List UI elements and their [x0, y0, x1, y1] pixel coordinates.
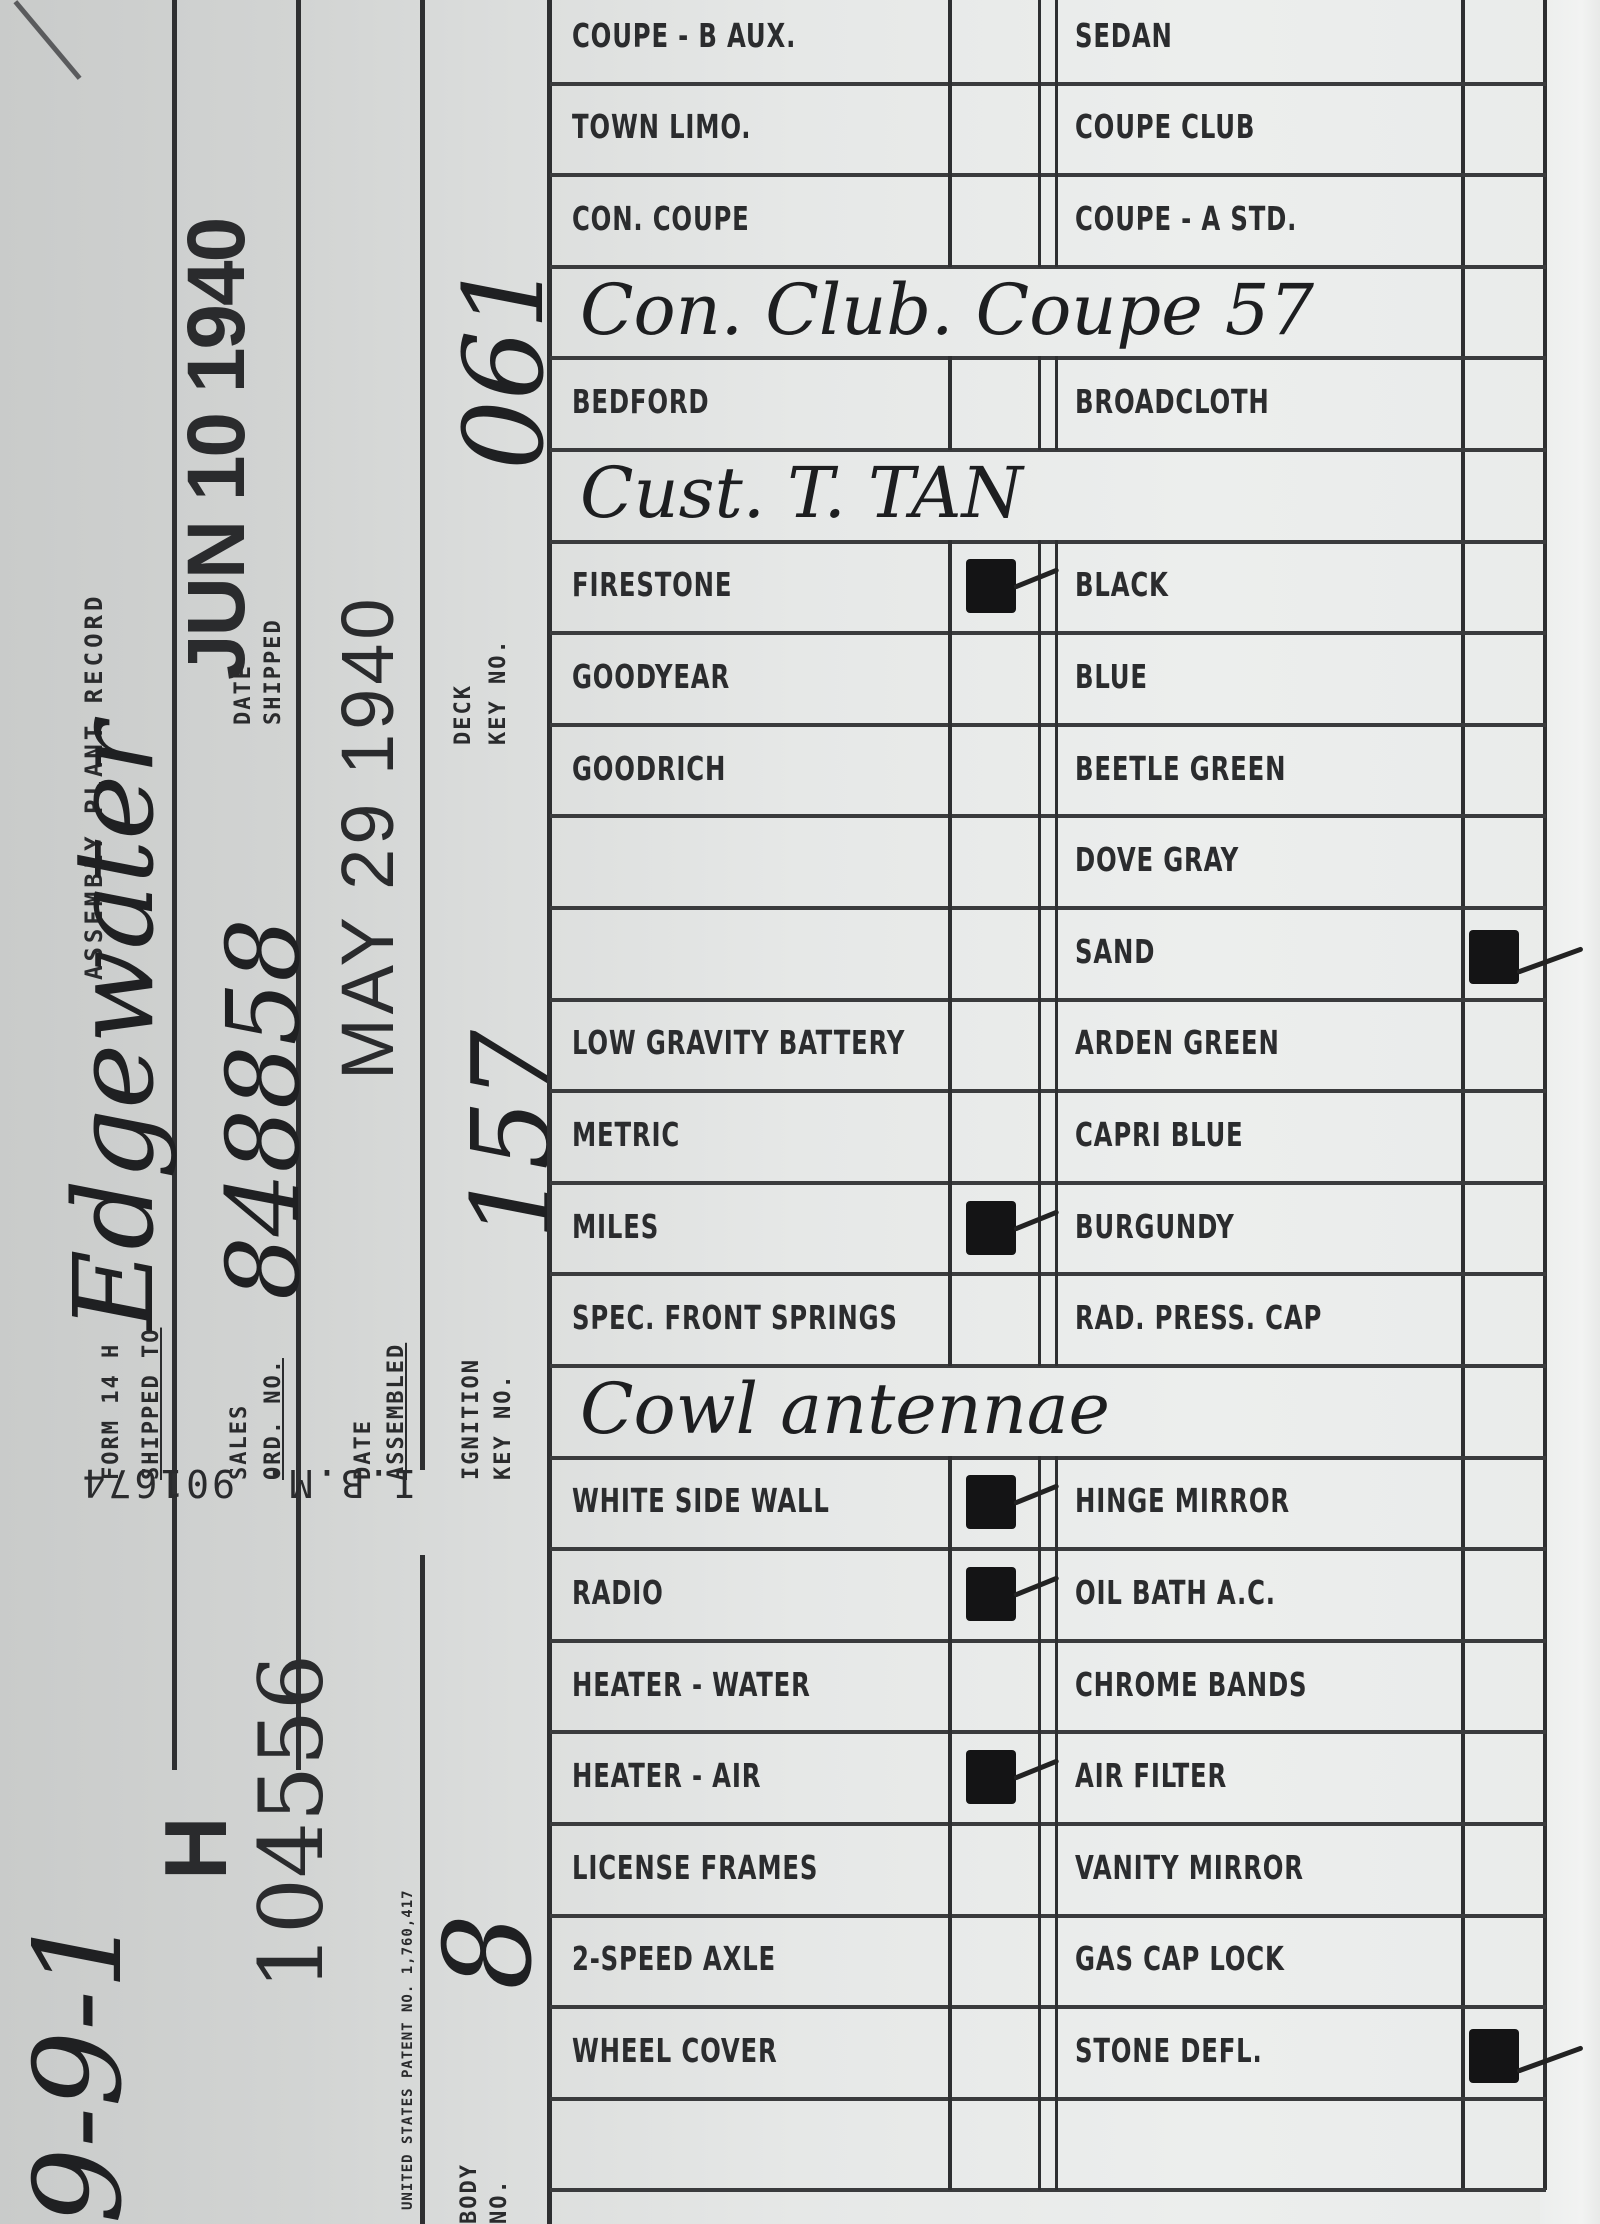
ignition-key-label-2: KEY NO.	[492, 1373, 516, 1480]
option-right-label: STONE DEFL.	[1075, 2031, 1263, 2070]
option-left-label: HEATER - AIR	[572, 1756, 761, 1795]
double-rule-a	[1038, 631, 1041, 725]
shipped-to-value: Edgewater	[50, 722, 178, 1330]
double-rule-b	[1055, 1272, 1058, 1366]
option-right-label: BLUE	[1075, 657, 1148, 696]
rule-date-assembled	[420, 0, 425, 1470]
option-right-checkbox[interactable]	[1465, 544, 1543, 630]
body-no-label-2: NO.	[488, 2178, 512, 2224]
ignition-key-label-1: IGNITION	[460, 1358, 484, 1480]
double-rule-b	[1055, 82, 1058, 176]
double-rule-a	[1038, 2097, 1041, 2191]
double-rule-a	[1038, 0, 1041, 84]
option-right-checkbox[interactable]	[1465, 2101, 1543, 2187]
patent-text: UNITED STATES PATENT NO. 1,760,417	[400, 1889, 416, 2210]
option-left-label: LOW GRAVITY BATTERY	[572, 1023, 905, 1062]
double-rule-a	[1038, 1089, 1041, 1183]
double-rule-a	[1038, 1822, 1041, 1916]
option-left-label: COUPE - B AUX.	[572, 16, 796, 55]
double-rule-b	[1055, 1639, 1058, 1733]
card-edge	[1540, 0, 1600, 2224]
option-right-checkbox[interactable]	[1465, 1460, 1543, 1546]
option-left-checkbox[interactable]	[952, 910, 1038, 996]
option-right-checkbox[interactable]	[1465, 1643, 1543, 1729]
option-left-label: HEATER - WATER	[572, 1665, 811, 1704]
check-mark-icon	[966, 1475, 1016, 1529]
option-left-checkbox[interactable]	[952, 1002, 1038, 1088]
option-right-checkbox[interactable]	[1465, 1276, 1543, 1362]
double-rule-b	[1055, 906, 1058, 1000]
double-rule-b	[1055, 173, 1058, 267]
margin-note: 9-9-1	[10, 1914, 149, 2224]
date-assembled-label-2: ASSEMBLED	[385, 1343, 409, 1480]
check-mark-icon	[966, 1567, 1016, 1621]
check-mark-icon	[1469, 2029, 1519, 2083]
sales-ord-value: 848858	[205, 918, 322, 1300]
option-right-checkbox[interactable]	[1465, 1185, 1543, 1271]
row-divider	[550, 1639, 1546, 1643]
table-right-rule	[1543, 0, 1547, 2190]
row-divider	[550, 1822, 1546, 1826]
double-rule-a	[1038, 1456, 1041, 1550]
ibm-number: I.B.M. 901674	[80, 1471, 416, 1495]
option-left-label: 2-SPEED AXLE	[572, 1939, 776, 1978]
option-right-checkbox[interactable]	[1465, 1093, 1543, 1179]
check-mark-icon	[966, 1750, 1016, 1804]
option-left-checkbox[interactable]	[952, 818, 1038, 904]
option-right-label: HINGE MIRROR	[1075, 1481, 1290, 1520]
row-divider	[550, 1456, 1546, 1460]
serial-number: 104556	[240, 1654, 343, 1990]
option-right-label: ARDEN GREEN	[1075, 1023, 1280, 1062]
option-right-label: SAND	[1075, 932, 1155, 971]
double-rule-b	[1055, 2097, 1058, 2191]
double-rule-a	[1038, 2005, 1041, 2099]
row-divider	[550, 1914, 1546, 1918]
double-rule-a	[1038, 1914, 1041, 2008]
option-right-label: CAPRI BLUE	[1075, 1115, 1244, 1154]
option-right-label: BURGUNDY	[1075, 1207, 1235, 1246]
option-right-label: VANITY MIRROR	[1075, 1848, 1304, 1887]
double-rule-b	[1055, 1914, 1058, 2008]
double-rule-a	[1038, 723, 1041, 817]
option-left-label: SPEC. FRONT SPRINGS	[572, 1298, 898, 1337]
option-right-checkbox[interactable]	[1465, 1918, 1543, 2004]
double-rule-a	[1038, 1272, 1041, 1366]
option-left-checkbox[interactable]	[952, 1093, 1038, 1179]
option-right-label: RAD. PRESS. CAP	[1075, 1298, 1322, 1337]
double-rule-a	[1038, 540, 1041, 634]
form-label: FORM 14 H	[100, 1343, 124, 1480]
option-left-checkbox[interactable]	[952, 1643, 1038, 1729]
option-left-label: GOODYEAR	[572, 657, 730, 696]
row-divider	[550, 1181, 1546, 1185]
option-left-checkbox[interactable]	[952, 0, 1038, 80]
double-rule-b	[1055, 631, 1058, 725]
double-rule-b	[1055, 998, 1058, 1092]
option-right-label: AIR FILTER	[1075, 1756, 1227, 1795]
double-rule-b	[1055, 814, 1058, 908]
option-right-label: OIL BATH A.C.	[1075, 1573, 1276, 1612]
option-left-label: CON. COUPE	[572, 199, 750, 238]
double-rule-b	[1055, 1822, 1058, 1916]
option-right-checkbox[interactable]	[1465, 86, 1543, 172]
option-right-label: BEETLE GREEN	[1075, 749, 1286, 788]
double-rule-b	[1055, 0, 1058, 84]
row-divider	[550, 998, 1546, 1002]
option-right-label: DOVE GRAY	[1075, 840, 1239, 879]
serial-prefix: H	[145, 1816, 247, 1880]
option-left-checkbox[interactable]	[952, 727, 1038, 813]
option-left-label: BEDFORD	[572, 382, 709, 421]
double-rule-b	[1055, 1089, 1058, 1183]
date-shipped-value: JUN 10 1940	[170, 219, 264, 680]
body-no-value: 8	[420, 1914, 559, 1990]
row-divider	[550, 2188, 1546, 2192]
shipped-to-label: SHIPPED TO	[140, 1328, 164, 1480]
table-left-rule	[547, 0, 552, 2224]
row-divider	[550, 1547, 1546, 1551]
deck-key-label-2: KEY NO.	[487, 638, 511, 745]
double-rule-a	[1038, 1730, 1041, 1824]
option-right-checkbox[interactable]	[1465, 1002, 1543, 1088]
option-right-checkbox[interactable]	[1465, 177, 1543, 263]
double-rule-b	[1055, 2005, 1058, 2099]
row-divider	[550, 1089, 1546, 1093]
option-right-label: SEDAN	[1075, 16, 1173, 55]
option-right-checkbox[interactable]	[1465, 727, 1543, 813]
double-rule-b	[1055, 1456, 1058, 1550]
option-left-label: LICENSE FRAMES	[572, 1848, 818, 1887]
double-rule-a	[1038, 814, 1041, 908]
option-left-label: WHITE SIDE WALL	[572, 1481, 830, 1520]
handwritten-entry: Cowl antennae	[580, 1368, 1110, 1450]
option-left-label: FIRESTONE	[572, 565, 732, 604]
double-rule-a	[1038, 356, 1041, 450]
row-divider	[550, 723, 1546, 727]
row-divider	[550, 631, 1546, 635]
double-rule-a	[1038, 1181, 1041, 1275]
double-rule-b	[1055, 1730, 1058, 1824]
double-rule-a	[1038, 173, 1041, 267]
row-divider	[550, 2005, 1546, 2009]
option-right-checkbox[interactable]	[1465, 1551, 1543, 1637]
option-left-checkbox[interactable]	[952, 1918, 1038, 2004]
row-divider	[550, 356, 1546, 360]
option-right-checkbox[interactable]	[1465, 635, 1543, 721]
double-rule-b	[1055, 540, 1058, 634]
option-right-label: GAS CAP LOCK	[1075, 1939, 1285, 1978]
option-left-checkbox[interactable]	[952, 177, 1038, 263]
row-divider	[550, 82, 1546, 86]
option-left-checkbox[interactable]	[952, 2009, 1038, 2095]
option-right-checkbox[interactable]	[1465, 1734, 1543, 1820]
option-left-checkbox[interactable]	[952, 2101, 1038, 2187]
handwritten-entry: Con. Club. Coupe 57	[580, 269, 1314, 351]
row-divider	[550, 1730, 1546, 1734]
option-right-label: BROADCLOTH	[1075, 382, 1270, 421]
option-right-label: BLACK	[1075, 565, 1169, 604]
option-right-checkbox[interactable]	[1465, 818, 1543, 904]
double-rule-b	[1055, 356, 1058, 450]
row-divider	[550, 540, 1546, 544]
check-mark-icon	[966, 1201, 1016, 1255]
row-divider	[550, 173, 1546, 177]
option-right-checkbox[interactable]	[1465, 1826, 1543, 1912]
check-mark-icon	[1469, 930, 1519, 984]
deck-key-label-1: DECK	[452, 684, 476, 745]
option-left-label: METRIC	[572, 1115, 680, 1154]
option-left-checkbox[interactable]	[952, 86, 1038, 172]
body-no-label-1: BODY	[458, 2163, 482, 2224]
double-rule-b	[1055, 1547, 1058, 1641]
row-divider	[550, 906, 1546, 910]
option-left-checkbox[interactable]	[952, 1826, 1038, 1912]
option-left-label: GOODRICH	[572, 749, 726, 788]
option-right-label: COUPE CLUB	[1075, 107, 1255, 146]
handwritten-entry: Cust. T. TAN	[580, 452, 1023, 534]
row-divider	[550, 814, 1546, 818]
option-right-checkbox[interactable]	[1465, 0, 1543, 80]
row-divider	[550, 1272, 1546, 1276]
option-left-label: WHEEL COVER	[572, 2031, 778, 2070]
double-rule-a	[1038, 906, 1041, 1000]
check-mark-icon	[966, 559, 1016, 613]
option-right-label: COUPE - A STD.	[1075, 199, 1297, 238]
option-left-label: RADIO	[572, 1573, 664, 1612]
option-left-checkbox[interactable]	[952, 635, 1038, 721]
option-right-label: CHROME BANDS	[1075, 1665, 1307, 1704]
option-left-checkbox[interactable]	[952, 1276, 1038, 1362]
double-rule-b	[1055, 1181, 1058, 1275]
option-right-checkbox[interactable]	[1465, 360, 1543, 446]
double-rule-a	[1038, 998, 1041, 1092]
option-left-label: MILES	[572, 1207, 659, 1246]
double-rule-b	[1055, 723, 1058, 817]
double-rule-a	[1038, 1639, 1041, 1733]
ignition-key-value: 157	[448, 1030, 576, 1240]
double-rule-a	[1038, 1547, 1041, 1641]
date-assembled-value: MAY 29 1940	[325, 594, 410, 1080]
option-left-checkbox[interactable]	[952, 360, 1038, 446]
rule-date-assembled-lower	[420, 1555, 425, 2224]
option-left-label: TOWN LIMO.	[572, 107, 751, 146]
date-shipped-label-1: DATE	[232, 664, 256, 725]
row-divider	[550, 2097, 1546, 2101]
date-shipped-label-2: SHIPPED	[262, 618, 286, 725]
double-rule-a	[1038, 82, 1041, 176]
